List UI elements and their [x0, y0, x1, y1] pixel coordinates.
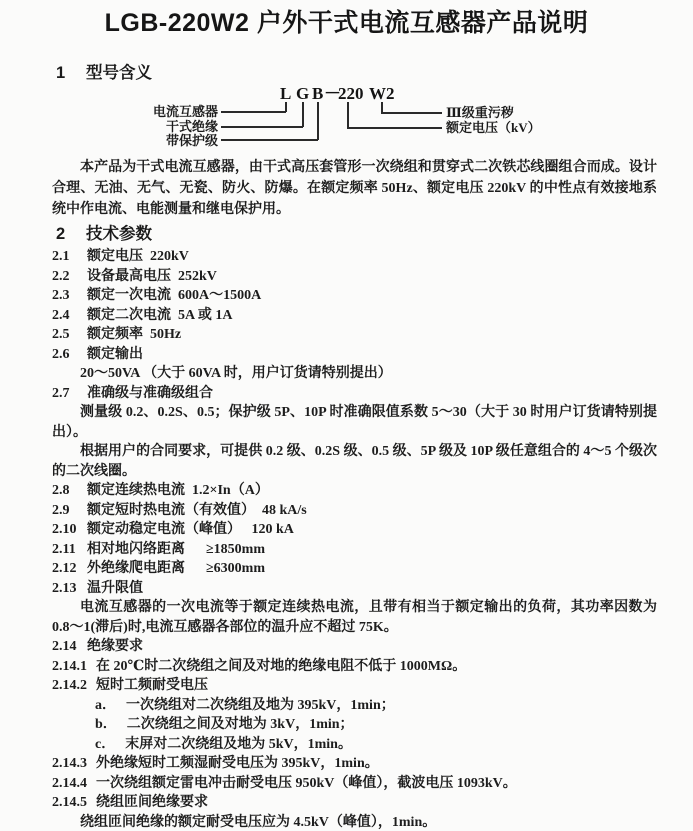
- spec-no: 2.1: [52, 247, 78, 267]
- spec-row: 2.14.1在 20℃时二次绕组之间及对地的绝缘电阻不低于 1000MΩ。: [0, 657, 693, 677]
- spec-text: 额定输出: [87, 347, 143, 362]
- section2-number: 2: [56, 224, 70, 244]
- spec-text: 额定电压 220kV: [87, 249, 189, 264]
- spec-paragraph: 电流互感器的一次电流等于额定连续热电流，且带有相当于额定输出的负荷，其功率因数为…: [52, 598, 657, 637]
- spec-no: 2.14.5: [52, 793, 87, 813]
- section2-heading: 2技术参数: [0, 224, 693, 244]
- spec-text: 外绝缘短时工频湿耐受电压为 395kV，1min。: [96, 756, 379, 771]
- spec-no: 2.10: [52, 520, 78, 540]
- diagram-connector-line: [221, 139, 318, 141]
- spec-row: 2.2设备最高电压 252kV: [0, 267, 693, 287]
- spec-no: 2.6: [52, 345, 78, 365]
- diagram-label-current-transformer: 电流互感器: [0, 105, 218, 119]
- diagram-connector-line: [221, 126, 303, 128]
- intro-paragraph: 本产品为干式电流互感器，由干式高压套管形一次绕组和贯穿式二次铁芯线圈组合而成。设…: [52, 157, 657, 220]
- spec-subitem: a．一次绕组对二次绕组及地为 395kV，1min；: [0, 696, 693, 716]
- spec-text: 额定一次电流 600A～1500A: [87, 288, 261, 303]
- model-code-segment-g: G: [296, 85, 309, 102]
- diagram-label-pollution-class: Ⅲ级重污秽: [446, 106, 514, 120]
- spec-row: 2.7准确级与准确级组合: [0, 384, 693, 404]
- subitem-letter: a．: [95, 696, 116, 716]
- spec-row: 2.14.3外绝缘短时工频湿耐受电压为 395kV，1min。: [0, 754, 693, 774]
- spec-paragraph: 根据用户的合同要求，可提供 0.2 级、0.2S 级、0.5 级、5P 级及 1…: [52, 442, 657, 481]
- model-code-segment-l: L: [280, 85, 291, 102]
- spec-row: 2.14.5绕组匝间绝缘要求: [0, 793, 693, 813]
- spec-no: 2.14.1: [52, 657, 87, 677]
- spec-text: 绝缘要求: [87, 639, 143, 654]
- spec-row: 2.3额定一次电流 600A～1500A: [0, 286, 693, 306]
- spec-text: 额定频率 50Hz: [87, 327, 181, 342]
- spec-subitem: b．二次绕组之间及对地为 3kV，1min；: [0, 715, 693, 735]
- diagram-connector-line: [302, 102, 304, 127]
- spec-row: 2.14.2短时工频耐受电压: [0, 676, 693, 696]
- spec-row: 2.14.4一次绕组额定雷电冲击耐受电压 950kV（峰值），截波电压 1093…: [0, 774, 693, 794]
- diagram-label-protection-class: 带保护级: [0, 134, 218, 148]
- spec-no: 2.14.2: [52, 676, 87, 696]
- spec-paragraph: 绕组匝间绝缘的额定耐受电压应为 4.5kV（峰值），1min。: [52, 813, 657, 831]
- section1-title: 型号含义: [86, 64, 152, 82]
- spec-text: 额定连续热电流 1.2×In（A）: [87, 483, 269, 498]
- spec-subitem: c．末屏对二次绕组及地为 5kV，1min。: [0, 735, 693, 755]
- spec-text: 一次绕组额定雷电冲击耐受电压 950kV（峰值），截波电压 1093kV。: [96, 776, 517, 791]
- spec-no: 2.4: [52, 306, 78, 326]
- spec-text: 末屏对二次绕组及地为 5kV，1min。: [125, 737, 352, 752]
- spec-no: 2.2: [52, 267, 78, 287]
- spec-text: 在 20℃时二次绕组之间及对地的绝缘电阻不低于 1000MΩ。: [96, 659, 466, 674]
- spec-no: 2.14.4: [52, 774, 87, 794]
- spec-text: 短时工频耐受电压: [96, 678, 208, 693]
- spec-row: 2.4额定二次电流 5A 或 1A: [0, 306, 693, 326]
- document-title: LGB-220W2 户外干式电流互感器产品说明: [0, 8, 693, 38]
- spec-row: 2.9额定短时热电流（有效值） 48 kA/s: [0, 501, 693, 521]
- spec-no: 2.11: [52, 540, 78, 560]
- spec-no: 2.14: [52, 637, 78, 657]
- diagram-connector-line: [347, 102, 349, 128]
- document-page: LGB-220W2 户外干式电流互感器产品说明 1型号含义 L G B － 22…: [0, 0, 693, 831]
- spec-no: 2.7: [52, 384, 78, 404]
- spec-no: 2.5: [52, 325, 78, 345]
- spec-paragraph: 测量级 0.2、0.2S、0.5；保护级 5P、10P 时准确限值系数 5～30…: [52, 403, 657, 442]
- spec-text: 额定短时热电流（有效值） 48 kA/s: [87, 503, 307, 518]
- spec-no: 2.14.3: [52, 754, 87, 774]
- diagram-label-dry-insulation: 干式绝缘: [0, 120, 218, 134]
- spec-text: 二次绕组之间及对地为 3kV，1min；: [127, 717, 354, 732]
- spec-paragraph: 20～50VA （大于 60VA 时，用户订货请特别提出）: [52, 364, 657, 384]
- subitem-letter: b．: [95, 715, 117, 735]
- spec-text: 额定二次电流 5A 或 1A: [87, 308, 232, 323]
- spec-row: 2.5额定频率 50Hz: [0, 325, 693, 345]
- spec-list: 2.1额定电压 220kV 2.2设备最高电压 252kV 2.3额定一次电流 …: [0, 247, 693, 831]
- spec-row: 2.13温升限值: [0, 579, 693, 599]
- model-code-suffix: W2: [369, 85, 395, 102]
- spec-no: 2.12: [52, 559, 78, 579]
- section1-number: 1: [56, 63, 70, 83]
- diagram-connector-line: [347, 127, 442, 129]
- section1-heading: 1型号含义: [0, 63, 693, 83]
- spec-text: 绕组匝间绝缘要求: [96, 795, 208, 810]
- model-code-segment-b: B: [312, 85, 323, 102]
- spec-text: 一次绕组对二次绕组及地为 395kV，1min；: [126, 698, 395, 713]
- subitem-letter: c．: [95, 735, 115, 755]
- spec-no: 2.13: [52, 579, 78, 599]
- spec-row: 2.10额定动稳定电流（峰值） 120 kA: [0, 520, 693, 540]
- spec-row: 2.1额定电压 220kV: [0, 247, 693, 267]
- spec-no: 2.9: [52, 501, 78, 521]
- model-designation-diagram: L G B － 220 W2 电流互感器 干式绝缘 带保护级 Ⅲ级重污秽 额定电…: [0, 85, 693, 151]
- spec-text: 额定动稳定电流（峰值） 120 kA: [87, 522, 294, 537]
- diagram-label-rated-voltage: 额定电压（kV）: [446, 121, 541, 135]
- spec-row: 2.11相对地闪络距离 ≥1850mm: [0, 540, 693, 560]
- spec-text: 温升限值: [87, 581, 143, 596]
- section2-title: 技术参数: [86, 225, 152, 243]
- spec-row: 2.12外绝缘爬电距离 ≥6300mm: [0, 559, 693, 579]
- diagram-connector-line: [221, 111, 286, 113]
- spec-no: 2.8: [52, 481, 78, 501]
- spec-text: 准确级与准确级组合: [87, 386, 213, 401]
- spec-row: 2.6额定输出: [0, 345, 693, 365]
- spec-row: 2.8额定连续热电流 1.2×In（A）: [0, 481, 693, 501]
- spec-row: 2.14绝缘要求: [0, 637, 693, 657]
- spec-text: 外绝缘爬电距离 ≥6300mm: [87, 561, 265, 576]
- spec-text: 相对地闪络距离 ≥1850mm: [87, 542, 265, 557]
- model-code-voltage: 220: [338, 85, 364, 102]
- diagram-connector-line: [317, 102, 319, 140]
- spec-no: 2.3: [52, 286, 78, 306]
- spec-text: 设备最高电压 252kV: [87, 269, 217, 284]
- diagram-connector-line: [381, 112, 442, 114]
